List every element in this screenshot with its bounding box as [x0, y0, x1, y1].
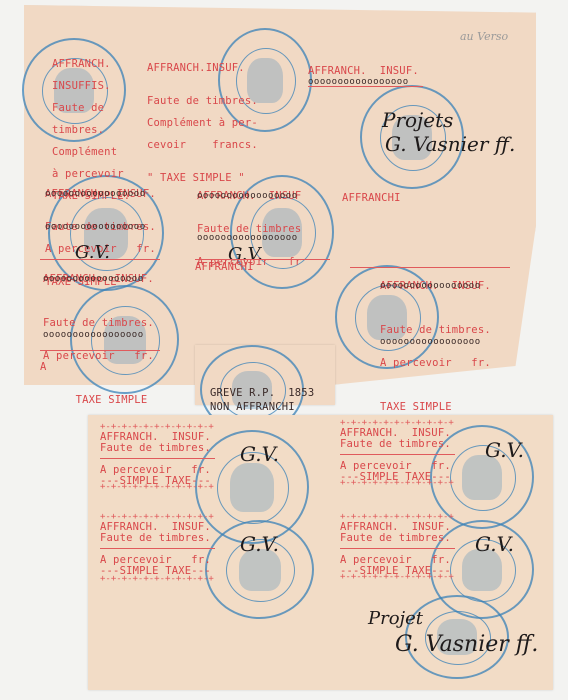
- dot-row: ooooooooooooooooo: [197, 191, 298, 201]
- dot-row: ooooooooooooooooo: [43, 274, 144, 284]
- dot-row: ooooooooooooooooo: [43, 330, 144, 340]
- affranchi-label: AFFRANCHI: [342, 193, 401, 204]
- marker: A: [40, 362, 47, 373]
- dot-row: ooooooooooooooooo: [45, 189, 146, 199]
- signature: Projets: [382, 108, 453, 132]
- dot-row: ooooooooooooooooo: [45, 222, 146, 232]
- dot-row: ooooooooooooooooo: [380, 281, 481, 291]
- affranchi-label: AFFRANCHI: [195, 262, 254, 273]
- greve-stamp: GREVE R.P. 1853: [210, 388, 314, 399]
- rule: [195, 259, 330, 260]
- rule: [40, 259, 160, 260]
- signature: G. Vasnier ff.: [395, 632, 538, 657]
- dot-row: ooooooooooooooooo: [197, 233, 298, 243]
- signature: Projet: [368, 608, 423, 629]
- affranch-block: AFFRANCH. INSUF.: [308, 66, 419, 77]
- rule: [40, 350, 160, 351]
- pencil-note: au Verso: [460, 30, 508, 43]
- rule: [308, 86, 423, 87]
- dot-row: ooooooooooooooooo: [380, 337, 481, 347]
- non-affranchi-stamp: NON AFFRANCHI: [210, 402, 295, 413]
- signature: G. Vasnier ff.: [385, 132, 515, 156]
- rule: [350, 267, 510, 268]
- affranch-block: AFFRANCH.INSUF. Faute de timbres. Complé…: [147, 52, 258, 184]
